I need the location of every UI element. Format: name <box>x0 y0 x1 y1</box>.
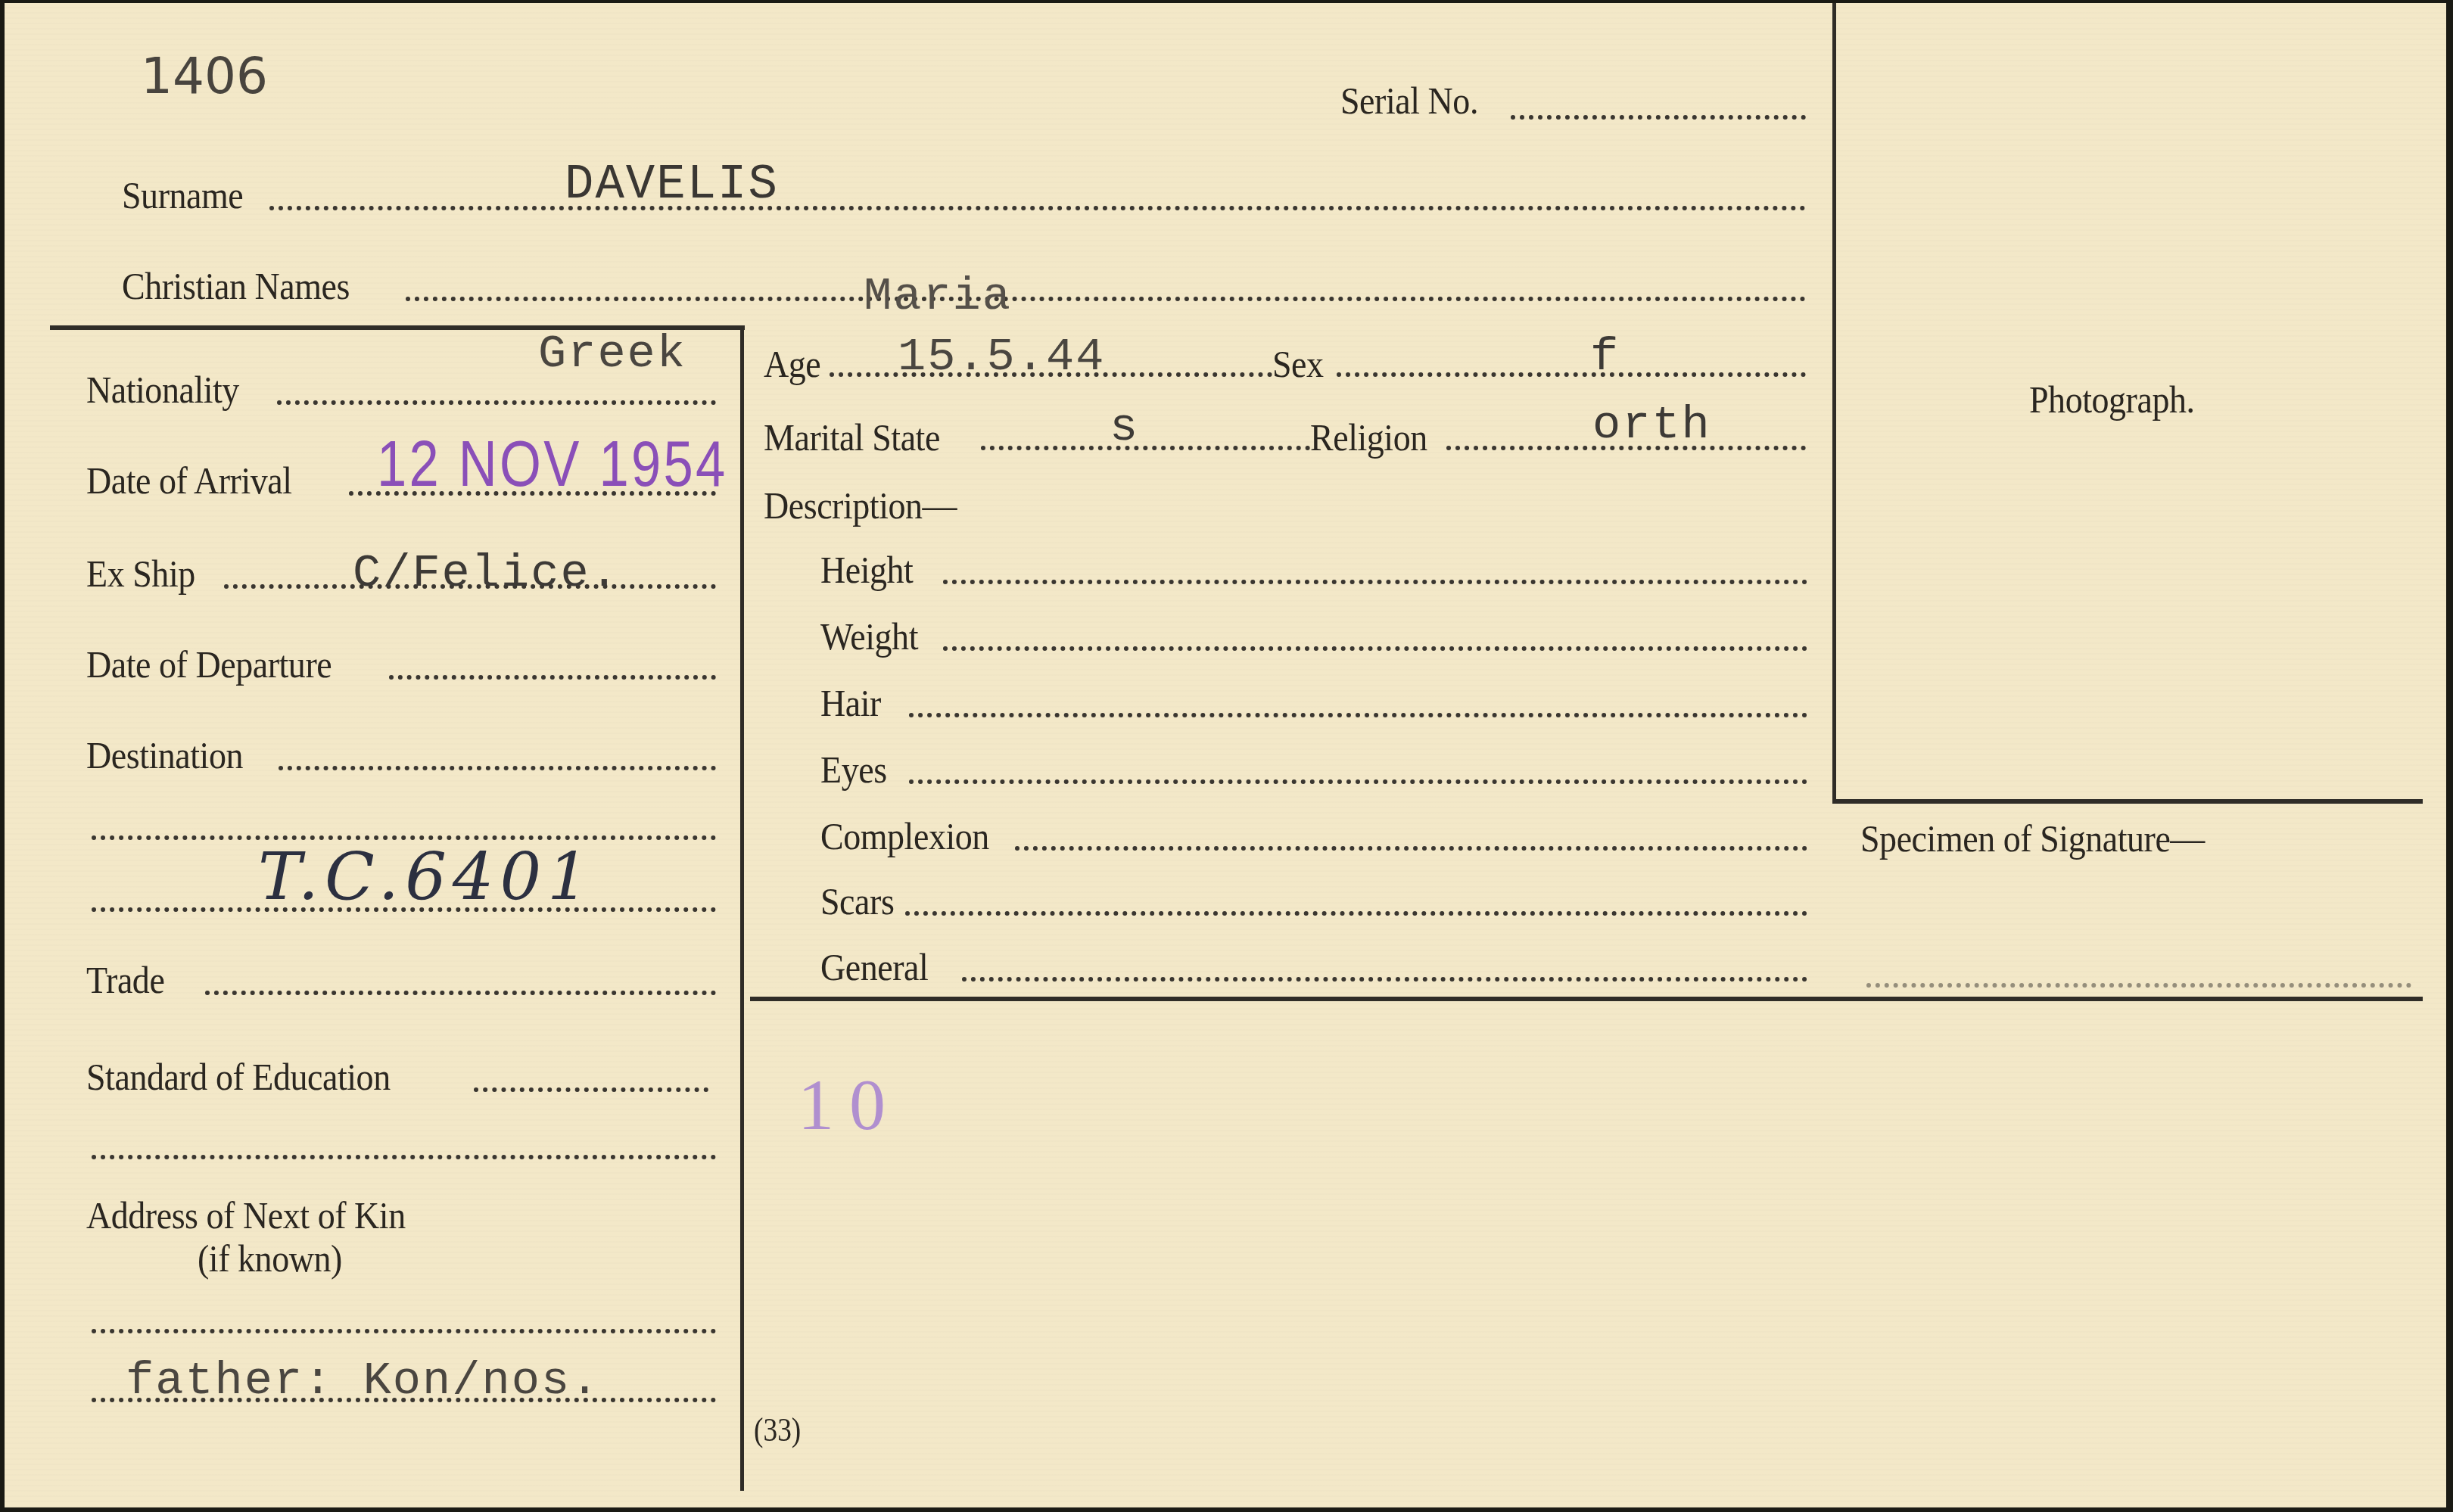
description-complexion-field[interactable] <box>1015 846 1807 851</box>
description-height-field[interactable] <box>943 580 1807 584</box>
description-bottom-border <box>750 997 2423 1001</box>
sex-value: f <box>1590 330 1620 384</box>
surname-value: DAVELIS <box>565 158 779 213</box>
description-scars-field[interactable] <box>905 911 1807 916</box>
photo-box-bottom-border <box>1832 799 2423 804</box>
christian-names-value: Maria <box>864 269 1012 323</box>
christian-names-field[interactable] <box>406 297 1806 301</box>
description-weight-label: Weight <box>820 614 918 658</box>
form-code: (33) <box>754 1411 801 1449</box>
next-of-kin-value: father: Kon/nos. <box>126 1354 600 1408</box>
trade-label: Trade <box>86 958 164 1002</box>
left-panel-right-border <box>740 325 744 1491</box>
date-of-arrival-stamp: 12 NOV 1954 <box>377 427 727 502</box>
description-eyes-field[interactable] <box>909 779 1807 784</box>
marital-state-field[interactable] <box>981 446 1310 450</box>
destination-value: T.C.6401 <box>258 839 595 915</box>
sex-field[interactable] <box>1337 372 1806 377</box>
description-label: Description— <box>764 484 957 527</box>
description-eyes-label: Eyes <box>820 748 887 792</box>
file-number: 1406 <box>141 47 268 105</box>
photo-box-left-border <box>1832 3 1836 801</box>
nationality-field[interactable] <box>277 400 716 405</box>
sex-label: Sex <box>1272 342 1324 386</box>
education-field[interactable] <box>474 1087 708 1092</box>
age-value: 15.5.44 <box>898 330 1105 384</box>
next-of-kin-sublabel: (if known) <box>198 1237 342 1280</box>
nationality-label: Nationality <box>86 368 239 412</box>
next-of-kin-label: Address of Next of Kin <box>86 1193 406 1237</box>
age-label: Age <box>764 342 820 386</box>
description-height-label: Height <box>820 548 913 592</box>
christian-names-label: Christian Names <box>122 264 350 308</box>
serial-no-field[interactable] <box>1511 115 1806 120</box>
education-field-2[interactable] <box>92 1155 716 1159</box>
registration-card: 1406 Serial No. Surname DAVELIS Christia… <box>5 3 2446 1507</box>
date-of-departure-label: Date of Departure <box>86 642 332 686</box>
religion-value: orth <box>1592 398 1711 452</box>
surname-field[interactable] <box>269 206 1806 210</box>
next-of-kin-field[interactable] <box>92 1329 716 1333</box>
education-label: Standard of Education <box>86 1055 391 1099</box>
date-of-arrival-label: Date of Arrival <box>86 459 292 502</box>
destination-field[interactable] <box>279 766 716 770</box>
ex-ship-label: Ex Ship <box>86 552 195 596</box>
religion-label: Religion <box>1310 415 1427 459</box>
description-hair-label: Hair <box>820 681 881 725</box>
destination-field-3[interactable] <box>92 907 716 912</box>
stamp-number: 10 <box>798 1062 901 1146</box>
destination-label: Destination <box>86 733 243 777</box>
ex-ship-value: C/Felice. <box>353 546 620 600</box>
marital-state-value: s <box>1110 400 1139 454</box>
description-hair-field[interactable] <box>909 713 1807 717</box>
nationality-value: Greek <box>538 327 686 381</box>
description-scars-label: Scars <box>820 879 894 923</box>
surname-label: Surname <box>122 173 243 217</box>
photograph-label: Photograph. <box>2029 378 2195 422</box>
serial-no-label: Serial No. <box>1340 79 1478 123</box>
signature-field[interactable] <box>1866 983 2411 988</box>
description-general-field[interactable] <box>962 977 1807 982</box>
signature-label: Specimen of Signature— <box>1860 817 2205 860</box>
date-of-departure-field[interactable] <box>389 675 716 680</box>
description-weight-field[interactable] <box>943 646 1807 651</box>
marital-state-label: Marital State <box>764 415 940 459</box>
description-general-label: General <box>820 945 928 989</box>
trade-field[interactable] <box>205 991 716 995</box>
description-complexion-label: Complexion <box>820 814 989 858</box>
